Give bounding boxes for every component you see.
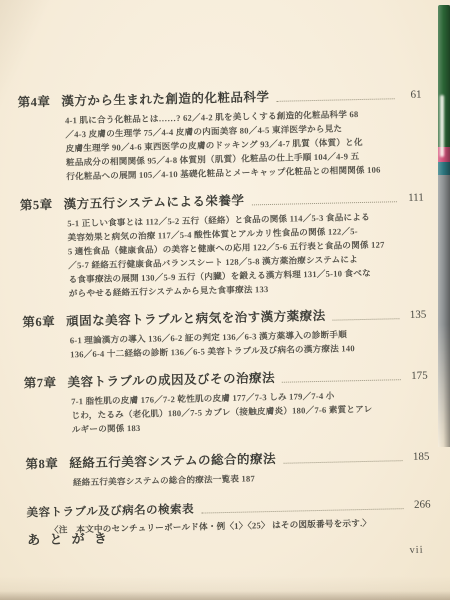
chapter-title: 美容トラブルの成因及びその治療法 [67, 368, 275, 391]
edge-section-teal [438, 162, 450, 175]
edge-glare-highlight [440, 95, 444, 157]
dotted-leader [201, 507, 403, 513]
chapter-number: 第5章 [20, 195, 53, 214]
toc-page: 第4章 漢方から生まれた創造的化粧品科学 61 4-1 肌に合う化粧品とは……?… [0, 0, 450, 600]
chapter-page-number: 175 [406, 370, 428, 382]
toc-chapter-entry: 第6章 頑固な美容トラブルと病気を治す漢方薬療法 135 6-1 理論漢方の導入… [22, 304, 427, 363]
dotted-leader [282, 378, 401, 383]
chapter-page-number: 111 [402, 192, 424, 204]
chapter-page-number: 185 [407, 451, 429, 463]
dotted-leader [333, 317, 400, 320]
book-edge-color-strip [438, 5, 450, 447]
chapter-subentries: 経絡五行美容システムの総合的療法一覧表 187 [73, 468, 430, 490]
chapter-number: 第6章 [22, 312, 55, 331]
chapter-number: 第8章 [25, 454, 58, 473]
chapter-subentries: 6-1 理論漢方の導入 136／6-2 証の判定 136／6-3 漢方薬導入の診… [70, 326, 428, 362]
chapter-subentries: 7-1 脂性肌の皮膚 176／7-2 乾性肌の皮膚 177／7-3 しみ 179… [71, 387, 429, 437]
chapter-title: 頑固な美容トラブルと病気を治す漢方薬療法 [66, 306, 326, 330]
page-number: vii [409, 545, 423, 556]
dotted-leader [283, 459, 402, 464]
chapter-subentries: 4-1 肌に合う化粧品とは……? 62／4-2 肌を美しくする創造的化粧品科学 … [65, 106, 423, 184]
chapter-title: 漢方五行システムによる栄養学 [63, 191, 244, 213]
chapter-page-number: 61 [399, 89, 421, 101]
chapter-subentries: 5-1 正しい食事とは 112／5-2 五行（経絡）と食品の関係 114／5-3… [67, 209, 426, 301]
toc-chapter-entry: 第4章 漢方から生まれた創造的化粧品科学 61 4-1 肌に合う化粧品とは……?… [17, 84, 423, 185]
chapter-page-number: 135 [404, 309, 426, 321]
toc-chapter-entry: 第7章 美容トラブルの成因及びその治療法 175 7-1 脂性肌の皮膚 176／… [24, 365, 429, 438]
dotted-leader [251, 200, 396, 205]
chapter-title: 漢方から生まれた創造的化粧品科学 [61, 87, 269, 110]
toc-chapter-entry: 第5章 漢方五行システムによる栄養学 111 5-1 正しい食事とは 112／5… [20, 187, 426, 302]
dotted-leader [276, 97, 394, 102]
edge-section-gray [438, 175, 450, 447]
chapter-number: 第7章 [24, 373, 57, 392]
book-page-photo: 第4章 漢方から生まれた創造的化粧品科学 61 4-1 肌に合う化粧品とは……?… [0, 0, 450, 600]
chapter-title: 経絡五行美容システムの総合的療法 [69, 449, 276, 472]
table-of-contents: 第4章 漢方から生まれた創造的化粧品科学 61 4-1 肌に合う化粧品とは……?… [17, 84, 431, 549]
chapter-page-number: 266 [408, 499, 430, 511]
chapter-title: 美容トラブル及び病名の検索表 [26, 501, 194, 521]
toc-chapter-entry: 第8章 経絡五行美容システムの総合的療法 185 経絡五行美容システムの総合的療… [25, 446, 430, 491]
chapter-number: 第4章 [17, 92, 50, 111]
toc-subentry-line: 経絡五行美容システムの総合的療法一覧表 187 [73, 468, 430, 490]
